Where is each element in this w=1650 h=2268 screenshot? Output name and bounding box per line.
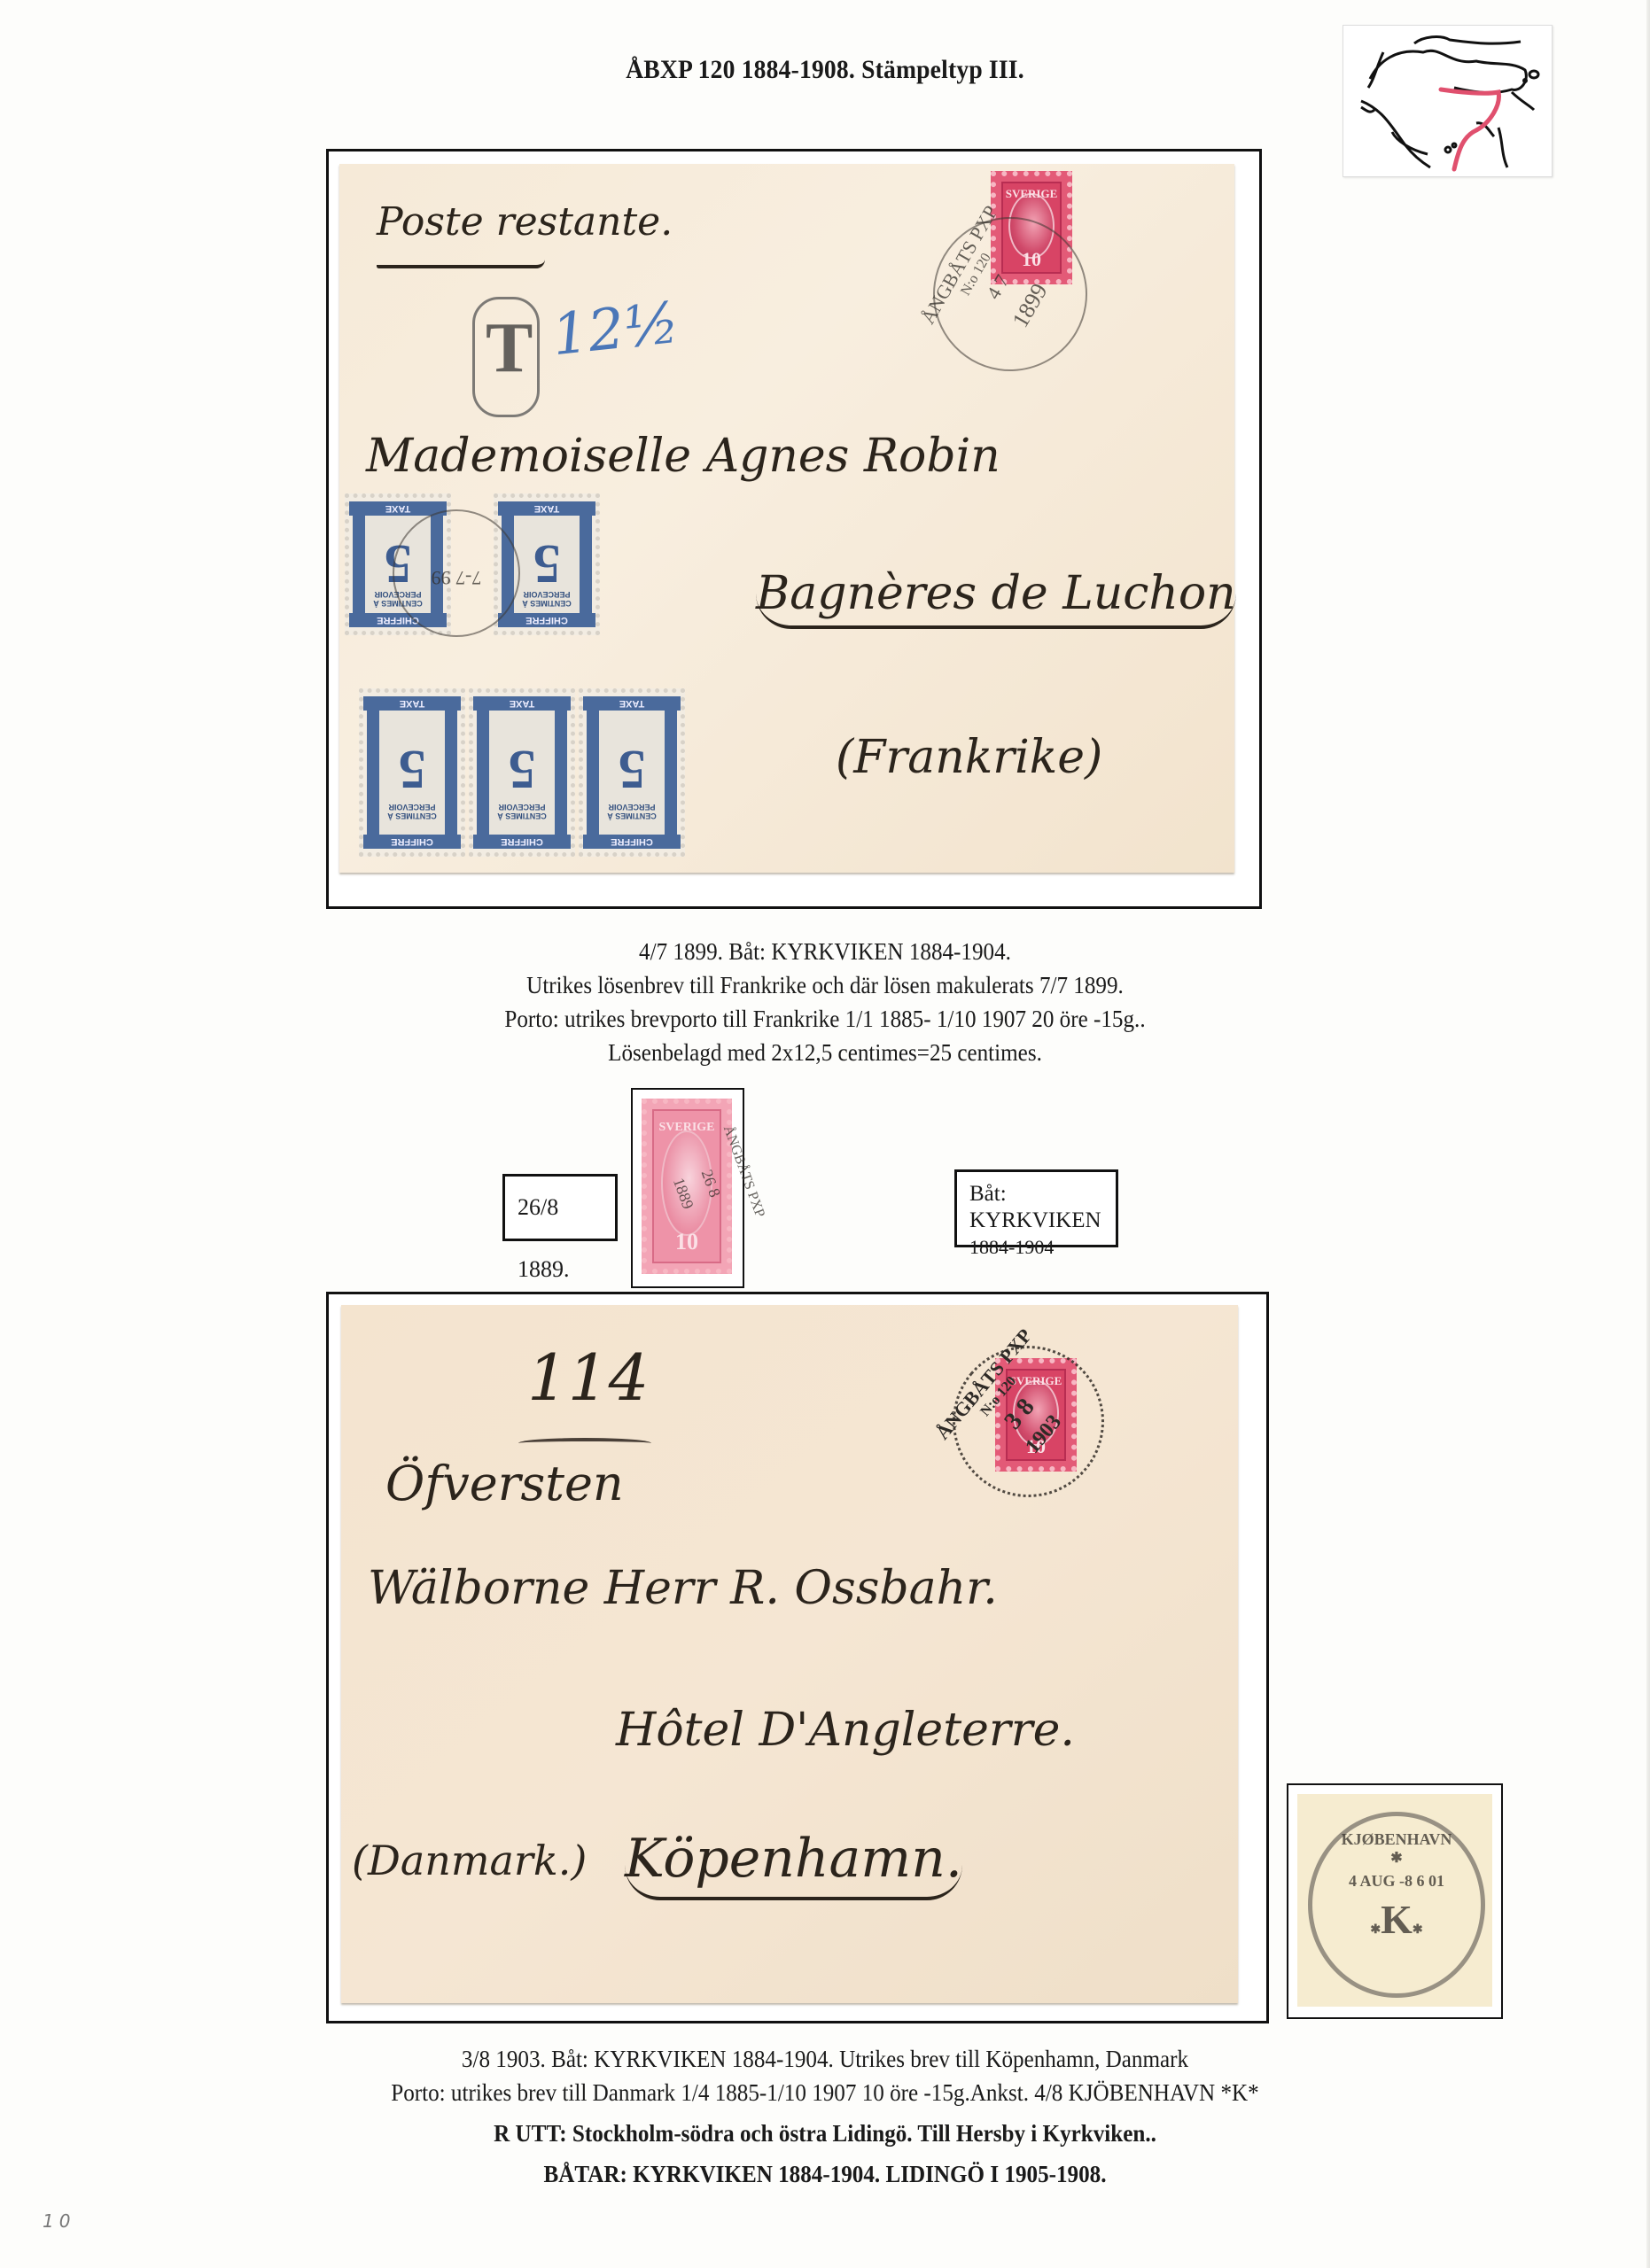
due-text: CENTIMES À PERCEVOIR (595, 803, 668, 820)
address-line-2: Wälborne Herr R. Ossbahr. (368, 1562, 998, 1615)
t-mark-letter: T (486, 308, 533, 389)
blue-crayon-amount: 12½ (549, 291, 682, 369)
address-line-3: Hôtel D'Angleterre. (616, 1704, 1075, 1757)
cover-2-caption-line-2: Porto: utrikes brev till Danmark 1/4 188… (58, 2077, 1592, 2109)
cover-1-frame: Poste restante. T 12½ Mademoiselle Agnes… (326, 149, 1262, 909)
cover-1-caption-line-2: Utrikes lösenbrev till Frankrike och där… (58, 969, 1592, 1001)
kjobenhavn-arrival-postmark: KJØBENHAVN ✱ 4 AUG -8 6 01 ✱K✱ (1308, 1812, 1485, 1998)
angbats-pxp-postmark-1889: ÅNGBÅTS PXP 26 8 1889 (610, 1123, 768, 1261)
due-value: 5 (363, 737, 461, 800)
chiffre-label: CHIFFRE (363, 835, 461, 849)
date-label: 26/8 1889. (518, 1194, 570, 1282)
address-line-4-prefix: (Danmark.) (352, 1837, 587, 1884)
due-text: CENTIMES À PERCEVOIR (510, 590, 583, 608)
cover-1-caption-line-4: Lösenbelagd med 2x12,5 centimes=25 centi… (58, 1037, 1592, 1068)
arrival-star-icon: ✱ (1312, 1849, 1481, 1867)
addressee-line-3: (Frankrike) (836, 731, 1102, 784)
single-stamp-frame: SVERIGE 10 ÅNGBÅTS PXP 26 8 1889 (631, 1088, 744, 1288)
poste-restante-annotation: Poste restante. (377, 199, 673, 245)
arrival-postmark-date: 4 AUG -8 6 01 (1312, 1872, 1481, 1891)
arrival-postmark-code: ✱K✱ (1312, 1896, 1481, 1943)
annotation-underline (377, 260, 545, 268)
due-value: 5 (473, 737, 571, 800)
number-underline (518, 1438, 651, 1449)
route-map-icon (1343, 25, 1553, 177)
arrival-postmark-clipping: KJØBENHAVN ✱ 4 AUG -8 6 01 ✱K✱ (1297, 1794, 1492, 2007)
postage-due-stamp: TAXE CHIFFRE 5 CENTIMES À PERCEVOIR (579, 688, 685, 857)
stamp-country: SVERIGE (996, 187, 1067, 201)
angbats-pxp-postmark-1903: ÅNGBÅTS PXP N:o 120 3 8 1903 (922, 1315, 1135, 1528)
cover-2-envelope: 114 Öfversten Wälborne Herr R. Ossbahr. … (341, 1305, 1238, 2003)
cover-1-caption-line-3: Porto: utrikes brevporto till Frankrike … (58, 1003, 1592, 1035)
address-line-1: Öfversten (385, 1456, 624, 1511)
boats-description: BÅTAR: KYRKVIKEN 1884-1904. LIDINGÖ I 19… (58, 2158, 1592, 2190)
boat-label-box: Båt: KYRKVIKEN 1884-1904 (954, 1169, 1118, 1247)
page-number: 10 (43, 2210, 75, 2232)
addressee-line-1: Mademoiselle Agnes Robin (366, 430, 1000, 483)
address-line-4: Köpenhamn. (625, 1828, 962, 1900)
route-description: R UTT: Stockholm-södra och östra Lidingö… (58, 2117, 1592, 2149)
due-text: CENTIMES À PERCEVOIR (376, 803, 448, 820)
date-label-box: 26/8 1889. (502, 1174, 618, 1241)
french-cancellation-postmark: 7-7 99 (393, 509, 520, 637)
postage-due-stamp: TAXE CHIFFRE 5 CENTIMES À PERCEVOIR (359, 688, 465, 857)
cover-1-caption-line-1: 4/7 1899. Båt: KYRKVIKEN 1884-1904. (58, 936, 1592, 967)
french-postmark-date: 7-7 99 (394, 566, 518, 589)
handwritten-number: 114 (527, 1340, 649, 1415)
boat-label-line-2: 1884-1904 (969, 1234, 1103, 1261)
boat-label-line-1: Båt: KYRKVIKEN (969, 1181, 1103, 1234)
arrival-postmark-city: KJØBENHAVN (1312, 1830, 1481, 1849)
cover-1-envelope: Poste restante. T 12½ Mademoiselle Agnes… (339, 164, 1234, 873)
chiffre-label: CHIFFRE (498, 613, 595, 627)
postage-due-stamp: TAXE CHIFFRE 5 CENTIMES À PERCEVOIR (469, 688, 575, 857)
due-text: CENTIMES À PERCEVOIR (486, 803, 558, 820)
stamp-country: SVERIGE (647, 1121, 727, 1135)
page-edge-shadow (1646, 0, 1650, 2268)
cover-2-caption-line-1: 3/8 1903. Båt: KYRKVIKEN 1884-1904. Utri… (58, 2043, 1592, 2075)
postage-due-t-mark: T (472, 297, 540, 417)
angbats-pxp-postmark-1899: ÅNGBÅTS PXP N:o 120 4 7 1899 (905, 189, 1116, 400)
arrival-postmark-frame: KJØBENHAVN ✱ 4 AUG -8 6 01 ✱K✱ (1287, 1783, 1503, 2019)
chiffre-label: CHIFFRE (473, 835, 571, 849)
route-line (1441, 89, 1498, 169)
due-value: 5 (583, 737, 681, 800)
chiffre-label: CHIFFRE (583, 835, 681, 849)
route-map-drawing (1343, 26, 1552, 176)
addressee-line-2: Bagnères de Luchon (756, 567, 1236, 629)
cover-2-frame: 114 Öfversten Wälborne Herr R. Ossbahr. … (326, 1292, 1269, 2023)
arrival-code-letter: K (1381, 1897, 1413, 1942)
